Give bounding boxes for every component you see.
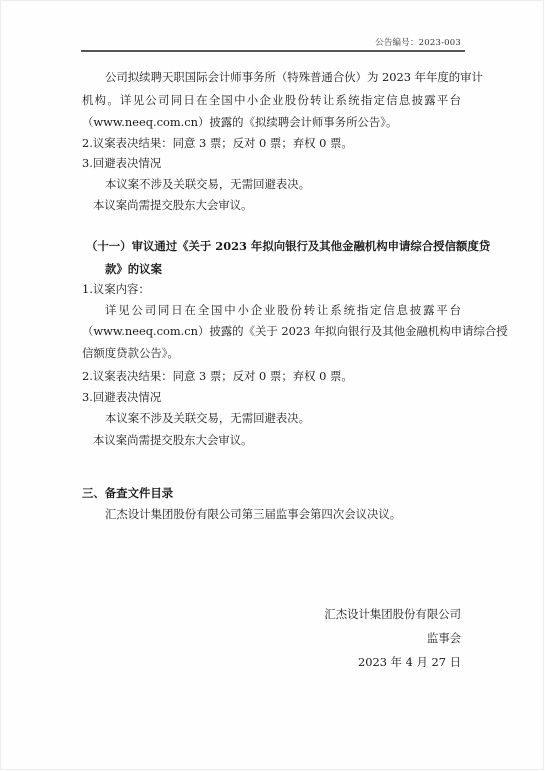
item11-submit-note: 本议案尚需提交股东大会审议。 xyxy=(93,433,252,447)
item10-vote-result: 2.议案表决结果：同意 3 票；反对 0 票；弃权 0 票。 xyxy=(82,136,353,150)
item11-recusal-title: 3.回避表决情况 xyxy=(82,390,161,404)
announcement-number: 公告编号：2023-003 xyxy=(375,36,461,48)
signature-body: 监事会 xyxy=(427,631,461,645)
item11-paragraph-line1: 详见公司同日在全国中小企业股份转让系统指定信息披露平台 xyxy=(105,303,461,317)
item10-submit-note: 本议案尚需提交股东大会审议。 xyxy=(93,198,252,212)
item11-title-line2: 款》的议案 xyxy=(105,262,162,276)
item11-paragraph-line2: （www.neeq.com.cn）披露的《关于 2023 年拟向银行及其他金融机… xyxy=(82,324,461,338)
item10-recusal-text: 本议案不涉及关联交易，无需回避表决。 xyxy=(105,177,310,191)
signature-company: 汇杰设计集团股份有限公司 xyxy=(324,607,461,621)
section3-item: 汇杰设计集团股份有限公司第三届监事会第四次会议决议。 xyxy=(105,507,401,521)
item11-vote-result: 2.议案表决结果：同意 3 票；反对 0 票；弃权 0 票。 xyxy=(82,369,353,383)
item11-paragraph-line3: 信额度贷款公告》。 xyxy=(82,346,179,360)
item11-title-line1: （十一）审议通过《关于 2023 年拟向银行及其他金融机构申请综合授信额度贷 xyxy=(86,239,461,253)
item10-recusal-title: 3.回避表决情况 xyxy=(82,156,161,170)
signature-date: 2023 年 4 月 27 日 xyxy=(358,655,461,669)
section3-title: 三、备查文件目录 xyxy=(82,486,173,500)
item10-paragraph-line1: 公司拟续聘天职国际会计师事务所（特殊普通合伙）为 2023 年年度的审计 xyxy=(105,70,461,84)
item11-content-label: 1.议案内容： xyxy=(82,282,150,296)
item10-paragraph-line2: 机构。详见公司同日在全国中小企业股份转让系统指定信息披露平台 xyxy=(82,93,461,107)
item11-recusal-text: 本议案不涉及关联交易，无需回避表决。 xyxy=(105,411,310,425)
item10-paragraph-line3: （www.neeq.com.cn）披露的《拟续聘会计师事务所公告》。 xyxy=(82,115,397,129)
header-rule xyxy=(81,50,465,52)
